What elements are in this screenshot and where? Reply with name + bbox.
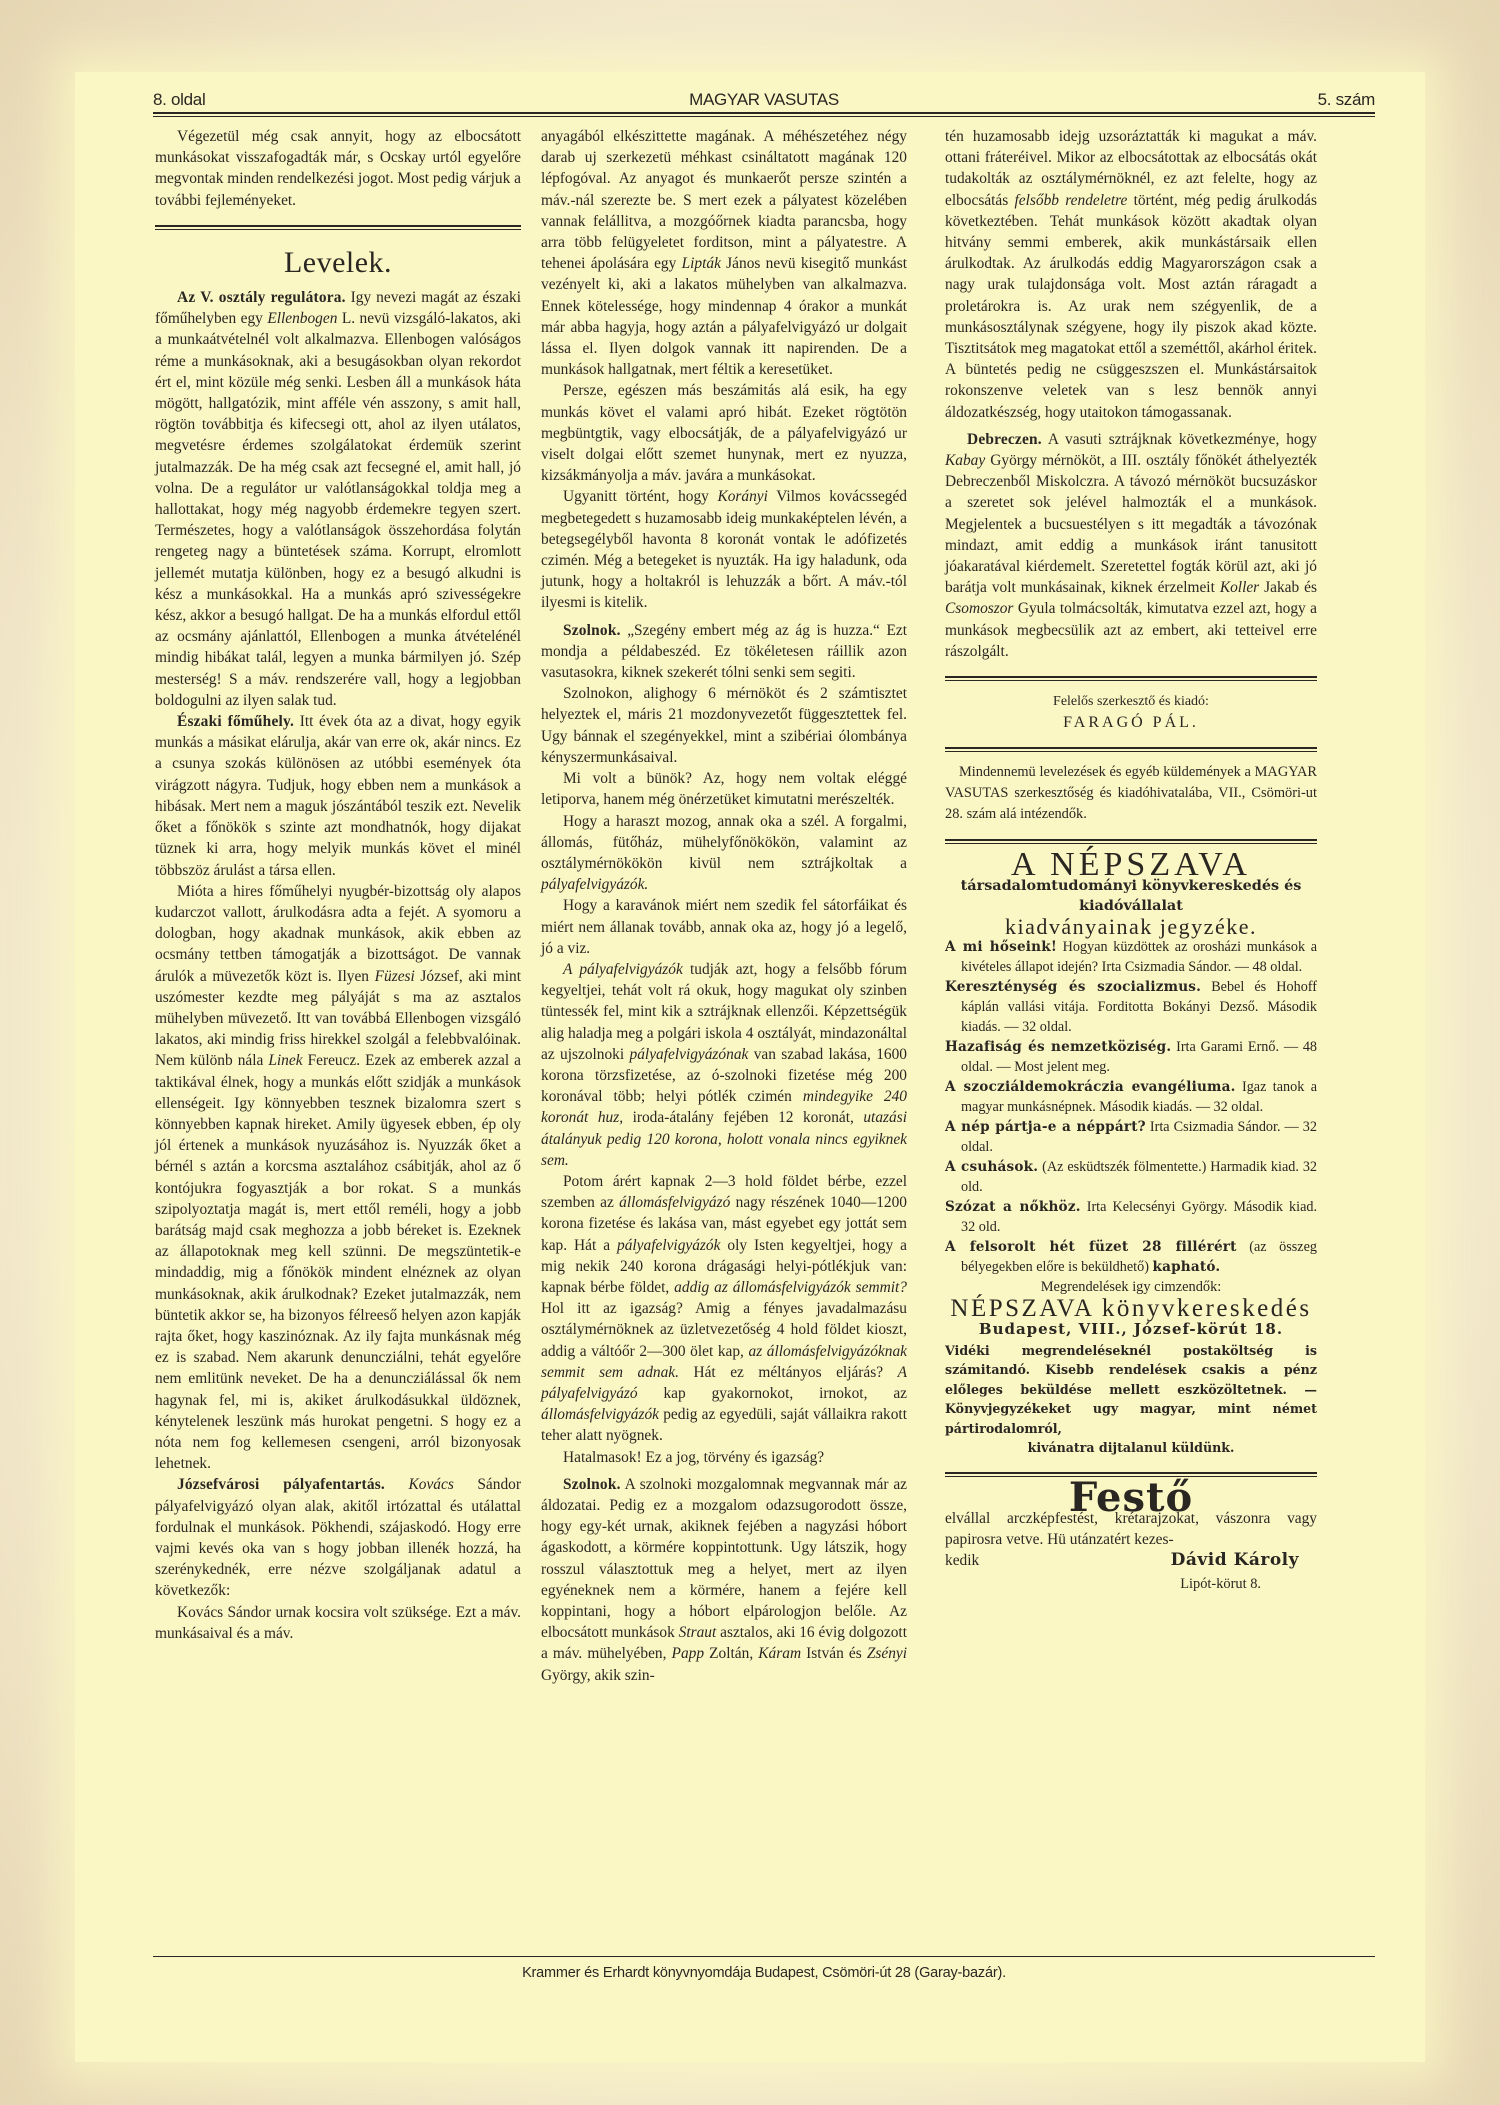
article-paragraph: Potom árért kapnak 2—3 hold földet bérbe… bbox=[541, 1171, 907, 1447]
newspaper-page: 8. oldal MAGYAR VASUTAS 5. szám Végezetü… bbox=[75, 72, 1425, 2062]
painter-address: Lipót-körut 8. bbox=[1180, 1574, 1261, 1595]
publication-item: A szocziáldemokráczia evangéliuma. Igaz … bbox=[945, 1077, 1317, 1117]
editor-label: Felelős szerkesztő és kiadó: bbox=[945, 691, 1317, 712]
painter-advertisement: Festő elvállal arczképfestést, krétarajz… bbox=[945, 1487, 1317, 1594]
publication-title: MAGYAR VASUTAS bbox=[153, 90, 1375, 110]
article-paragraph: Hatalmasok! Ez a jog, törvény és igazság… bbox=[541, 1447, 907, 1468]
article-paragraph: Persze, egészen más beszámitás alá esik,… bbox=[541, 380, 907, 486]
postage-note: Vidéki megrendeléseknél postaköltség is … bbox=[945, 1341, 1317, 1439]
column-1: Végezetül még csak annyit, hogy az elboc… bbox=[155, 126, 521, 1644]
article-heading: Az V. osztály regulátora. bbox=[177, 289, 346, 306]
article-szolnok-1: Szolnok. „Szegény embert még az ág is hu… bbox=[541, 620, 907, 684]
header-divider bbox=[153, 112, 1375, 117]
section-divider bbox=[945, 676, 1317, 681]
painter-title: Festő bbox=[945, 1487, 1317, 1508]
column-3: tén huzamosabb idejg uzsoráztatták ki ma… bbox=[945, 126, 1317, 1594]
painter-body: elvállal arczképfestést, krétarajzokat, … bbox=[945, 1508, 1317, 1550]
section-divider bbox=[945, 839, 1317, 844]
publication-item: Kereszténység és szocializmus. Bebel és … bbox=[945, 977, 1317, 1037]
article-paragraph: Szolnokon, alighogy 6 mérnököt és 2 szám… bbox=[541, 683, 907, 768]
publication-item: A csuhások. (Az esküdtszék fölmentette.)… bbox=[945, 1157, 1317, 1197]
painter-name: Dávid Károly bbox=[1171, 1550, 1299, 1571]
article-paragraph: tén huzamosabb idejg uzsoráztatták ki ma… bbox=[945, 126, 1317, 423]
article-paragraph: Hogy a karavánok miért nem szedik fel sá… bbox=[541, 895, 907, 959]
publication-item: Szózat a nőkhöz. Irta Kelecsényi György.… bbox=[945, 1197, 1317, 1237]
ad-subtitle: társadalomtudományi könyvkereskedés és k… bbox=[945, 876, 1317, 916]
painter-signature: kedik Dávid Károly Lipót-körut 8. bbox=[945, 1550, 1317, 1594]
section-title: Levelek. bbox=[155, 252, 521, 273]
article-jozsefvaros: Józsefvárosi pályafentartás. Kovács Sánd… bbox=[155, 1474, 521, 1601]
article-paragraph: Kovács Sándor urnak kocsira volt szükség… bbox=[155, 1602, 521, 1644]
store-address: Budapest, VIII., József-körút 18. bbox=[945, 1319, 1317, 1340]
section-divider bbox=[945, 747, 1317, 752]
price-note: A felsorolt hét füzet 28 fillérért (az ö… bbox=[945, 1237, 1317, 1277]
editor-name: FARAGÓ PÁL. bbox=[945, 712, 1317, 733]
article-heading: Szolnok. bbox=[563, 622, 621, 639]
ad-title: A NÉPSZAVA bbox=[945, 854, 1317, 875]
article-regulator: Az V. osztály regulátora. Igy nevezi mag… bbox=[155, 287, 521, 711]
publication-item: A mi hőseink! Hogyan küzdöttek az oroshá… bbox=[945, 937, 1317, 977]
article-paragraph: Ugyanitt történt, hogy Korányi Vilmos ko… bbox=[541, 486, 907, 613]
publication-list: A mi hőseink! Hogyan küzdöttek az oroshá… bbox=[945, 937, 1317, 1237]
article-paragraph: anyagából elkészittette magának. A méhés… bbox=[541, 126, 907, 380]
nepszava-advertisement: A NÉPSZAVA társadalomtudományi könyvkere… bbox=[945, 854, 1317, 1457]
article-heading: Szolnok. bbox=[563, 1476, 621, 1493]
publication-item: Hazafiság és nemzetköziség. Irta Garami … bbox=[945, 1037, 1317, 1077]
article-szolnok-2: Szolnok. A szolnoki mozgalomnak megvanna… bbox=[541, 1474, 907, 1686]
publication-item: A nép pártja-e a néppárt? Irta Csizmadia… bbox=[945, 1117, 1317, 1157]
article-northern-workshop: Északi főműhely. Itt évek óta az a divat… bbox=[155, 711, 521, 881]
article-heading: Északi főműhely. bbox=[177, 713, 294, 730]
article-paragraph: Hogy a haraszt mozog, annak oka a szél. … bbox=[541, 811, 907, 896]
article-debreczen: Debreczen. A vasuti sztrájknak következm… bbox=[945, 429, 1317, 662]
article-heading: Józsefvárosi pályafentartás. bbox=[177, 1476, 385, 1493]
article-paragraph: A pályafelvigyázók tudják azt, hogy a fe… bbox=[541, 959, 907, 1171]
article-paragraph: Mi volt a bünök? Az, hogy nem voltak elé… bbox=[541, 768, 907, 810]
intro-paragraph: Végezetül még csak annyit, hogy az elboc… bbox=[155, 126, 521, 211]
page-header: 8. oldal MAGYAR VASUTAS 5. szám bbox=[153, 86, 1375, 114]
article-heading: Debreczen. bbox=[967, 431, 1042, 448]
issue-number: 5. szám bbox=[1318, 90, 1375, 110]
footer-divider bbox=[153, 1956, 1375, 1957]
section-divider bbox=[155, 225, 521, 230]
printer-imprint: Krammer és Erhardt könyvnyomdája Budapes… bbox=[153, 1965, 1375, 1981]
postage-note-end: kivánatra dijtalanul küldünk. bbox=[945, 1438, 1317, 1458]
ad-list-title: kiadványainak jegyzéke. bbox=[945, 916, 1317, 937]
correspondence-notice: Mindennemü levelezések és egyéb küldemén… bbox=[945, 762, 1317, 825]
article-paragraph: Mióta a hires főműhelyi nyugbér-bizottsá… bbox=[155, 881, 521, 1475]
column-2: anyagából elkészittette magának. A méhés… bbox=[541, 126, 907, 1686]
store-name: NÉPSZAVA könyvkereskedés bbox=[945, 1298, 1317, 1319]
